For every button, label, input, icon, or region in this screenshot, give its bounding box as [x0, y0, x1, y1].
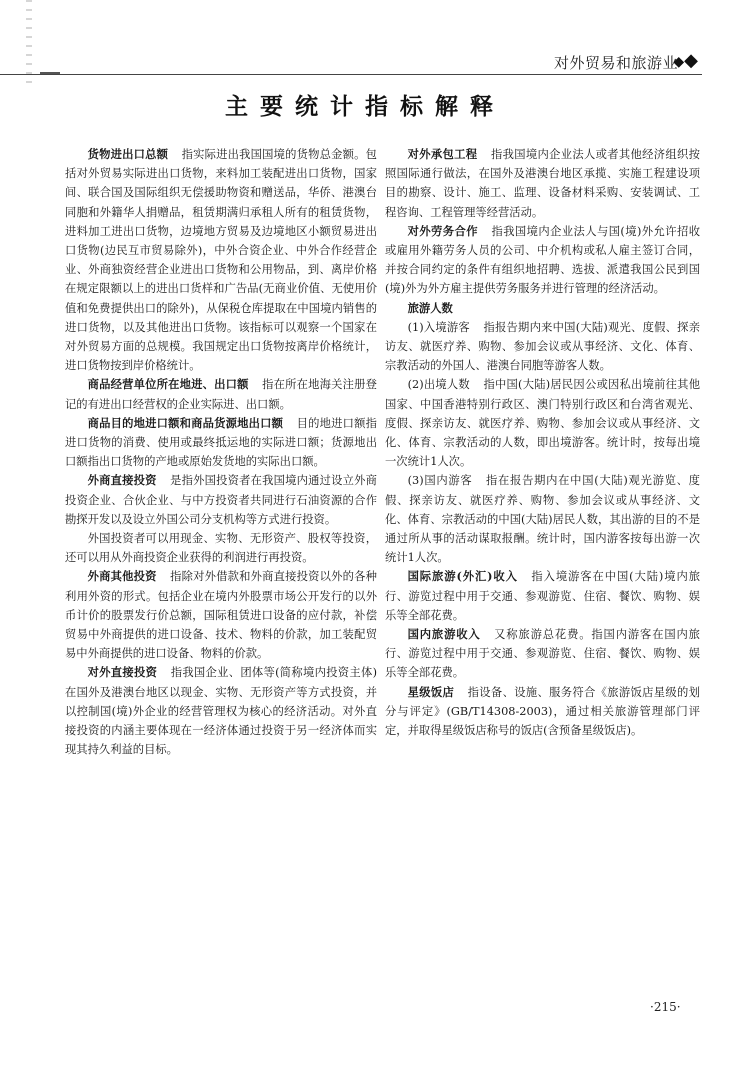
- definition-term: (2)出境人数: [408, 378, 470, 391]
- section-heading: 旅游人数: [385, 299, 700, 318]
- definition-paragraph: 货物进出口总额指实际进出我国国境的货物总金额。包括对外贸易实际进出口货物，来料加…: [65, 145, 377, 375]
- definition-term: (3)国内游客: [408, 474, 473, 487]
- diamond-ornament-icon: ◆◆: [673, 50, 698, 71]
- definition-term: (1)入境游客: [408, 321, 470, 334]
- running-header: 对外贸易和旅游业 ◆◆: [0, 50, 730, 78]
- definition-paragraph: 国内旅游收入又称旅游总花费。指国内游客在国内旅行、游览过程中用于交通、参观游览、…: [385, 625, 700, 683]
- definition-text: 指实际进出我国国境的货物总金额。包括对外贸易实际进出口货物，来料加工装配进出口货…: [65, 148, 377, 372]
- definition-term: 商品经营单位所在地进、出口额: [88, 377, 249, 391]
- definition-paragraph: 国际旅游(外汇)收入指入境游客在中国(大陆)境内旅行、游览过程中用于交通、参观游…: [385, 567, 700, 625]
- definition-paragraph: 商品目的地进口额和商品货源地出口额目的地进口额指进口货物的消费、使用或最终抵运地…: [65, 414, 377, 472]
- definition-term: 外商直接投资: [88, 473, 157, 487]
- definition-paragraph: 商品经营单位所在地进、出口额指在所在地海关注册登记的有进出口经营权的企业实际进、…: [65, 375, 377, 413]
- definition-paragraph: (1)入境游客指报告期内来中国(大陆)观光、度假、探亲访友、就医疗养、购物、参加…: [385, 318, 700, 376]
- definition-term: 国际旅游(外汇)收入: [408, 569, 518, 583]
- definition-paragraph: 对外承包工程指我国境内企业法人或者其他经济组织按照国际通行做法，在国外及港澳台地…: [385, 145, 700, 222]
- definition-term: 对外劳务合作: [408, 224, 478, 238]
- definition-paragraph: 外商直接投资是指外国投资者在我国境内通过设立外商投资企业、合伙企业、与中方投资者…: [65, 471, 377, 529]
- definition-text: 指除对外借款和外商直接投资以外的各种利用外资的形式。包括企业在境内外股票市场公开…: [65, 570, 377, 660]
- definition-term: 外商其他投资: [88, 569, 157, 583]
- definition-term: 商品目的地进口额和商品货源地出口额: [88, 416, 284, 430]
- left-column: 货物进出口总额指实际进出我国国境的货物总金额。包括对外贸易实际进出口货物，来料加…: [65, 145, 377, 760]
- definition-term: 星级饭店: [408, 685, 455, 699]
- definition-text: 指中国(大陆)居民因公或因私出境前往其他国家、中国香港特别行政区、澳门特别行政区…: [385, 378, 700, 468]
- page-title: 主要统计指标解释: [0, 88, 730, 121]
- definition-paragraph: 星级饭店指设备、设施、服务符合《旅游饭店星级的划分与评定》(GB/T14308-…: [385, 683, 700, 741]
- definition-paragraph: (2)出境人数指中国(大陆)居民因公或因私出境前往其他国家、中国香港特别行政区、…: [385, 375, 700, 471]
- definition-term: 对外直接投资: [88, 665, 158, 679]
- continuation-paragraph: 外国投资者可以用现金、实物、无形资产、股权等投资，还可以用从外商投资企业获得的利…: [65, 529, 377, 567]
- definition-text: 外国投资者可以用现金、实物、无形资产、股权等投资，还可以用从外商投资企业获得的利…: [65, 532, 377, 564]
- definition-term: 对外承包工程: [408, 147, 478, 161]
- definition-term: 货物进出口总额: [88, 147, 169, 161]
- definition-paragraph: 对外直接投资指我国企业、团体等(简称境内投资主体)在国外及港澳台地区以现金、实物…: [65, 663, 377, 759]
- definition-text: 指在报告期内在中国(大陆)观光游览、度假、探亲访友、就医疗养、购物、参加会议或从…: [385, 474, 700, 564]
- definition-term: 国内旅游收入: [408, 627, 481, 641]
- page-number: ·215·: [650, 1000, 681, 1014]
- definition-paragraph: 外商其他投资指除对外借款和外商直接投资以外的各种利用外资的形式。包括企业在境内外…: [65, 567, 377, 663]
- header-rule: [0, 74, 702, 75]
- definition-text: 指我国企业、团体等(简称境内投资主体)在国外及港澳台地区以现金、实物、无形资产等…: [65, 666, 377, 756]
- definition-paragraph: (3)国内游客指在报告期内在中国(大陆)观光游览、度假、探亲访友、就医疗养、购物…: [385, 471, 700, 567]
- right-column: 对外承包工程指我国境内企业法人或者其他经济组织按照国际通行做法，在国外及港澳台地…: [385, 145, 700, 740]
- section-title: 对外贸易和旅游业: [554, 52, 678, 73]
- definition-paragraph: 对外劳务合作指我国境内企业法人与国(境)外允许招收或雇用外籍劳务人员的公司、中介…: [385, 222, 700, 299]
